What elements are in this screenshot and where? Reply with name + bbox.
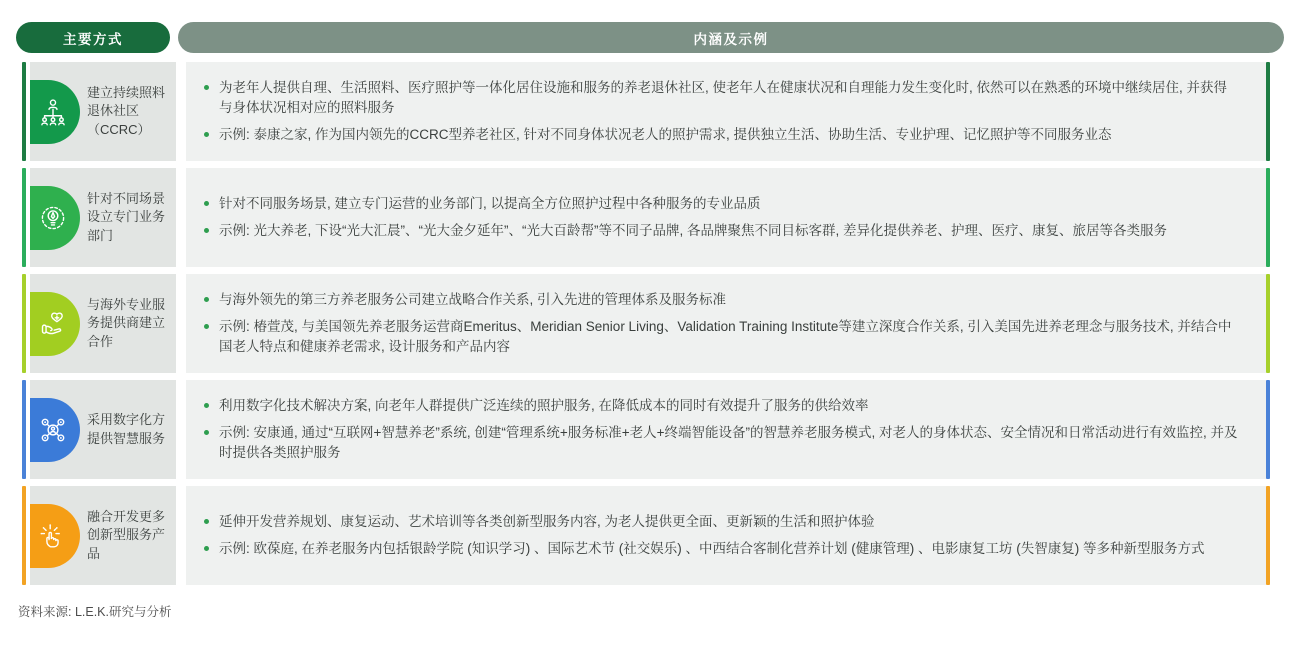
header-detail-pill: 内涵及示例 — [178, 22, 1284, 53]
method-cell: 采用数字化方提供智慧服务 — [30, 380, 176, 479]
table-row: 采用数字化方提供智慧服务 利用数字化技术解决方案, 向老年人群提供广泛连续的照护… — [16, 380, 1270, 479]
innovation-bulb-icon — [38, 203, 68, 233]
org-structure-icon — [38, 97, 68, 127]
bullet-text: 为老年人提供自理、生活照料、医疗照护等一体化居住设施和服务的养老退休社区, 使老… — [219, 78, 1238, 119]
hand-heart-icon — [38, 309, 68, 339]
table-row: 针对不同场景设立专门业务部门 针对不同服务场景, 建立专门运营的业务部门, 以提… — [16, 168, 1270, 267]
row-accent-bar-left — [22, 274, 26, 373]
bullet-text: 示例: 光大养老, 下设“光大汇晨”、“光大金夕延年”、“光大百龄帮”等不同子品… — [219, 221, 1167, 241]
smart-network-icon — [38, 415, 68, 445]
bullet-item: 示例: 安康通, 通过“互联网+智慧养老”系统, 创建“管理系统+服务标准+老人… — [202, 423, 1238, 464]
detail-cell: 为老年人提供自理、生活照料、医疗照护等一体化居住设施和服务的养老退休社区, 使老… — [186, 62, 1266, 161]
row-accent-bar-left — [22, 168, 26, 267]
bullet-item: 针对不同服务场景, 建立专门运营的业务部门, 以提高全方位照护过程中各种服务的专… — [202, 194, 1238, 214]
bullet-text: 示例: 安康通, 通过“互联网+智慧养老”系统, 创建“管理系统+服务标准+老人… — [219, 423, 1238, 464]
method-label: 融合开发更多创新型服务产品 — [87, 508, 165, 563]
detail-cell: 延伸开发营养规划、康复运动、艺术培训等各类创新型服务内容, 为老人提供更全面、更… — [186, 486, 1266, 585]
bullet-text: 利用数字化技术解决方案, 向老年人群提供广泛连续的照护服务, 在降低成本的同时有… — [219, 396, 869, 416]
method-icon-bubble — [30, 292, 80, 356]
table-row: 融合开发更多创新型服务产品 延伸开发营养规划、康复运动、艺术培训等各类创新型服务… — [16, 486, 1270, 585]
bullet-dot — [204, 228, 209, 233]
bullet-dot — [204, 324, 209, 329]
method-cell: 融合开发更多创新型服务产品 — [30, 486, 176, 585]
bullet-text: 延伸开发营养规划、康复运动、艺术培训等各类创新型服务内容, 为老人提供更全面、更… — [219, 512, 875, 532]
header-method-pill: 主要方式 — [16, 22, 170, 53]
row-accent-bar-right — [1266, 168, 1270, 267]
method-label: 采用数字化方提供智慧服务 — [87, 411, 165, 448]
bullet-item: 延伸开发营养规划、康复运动、艺术培训等各类创新型服务内容, 为老人提供更全面、更… — [202, 512, 1238, 532]
row-accent-bar-left — [22, 62, 26, 161]
method-label: 建立持续照料退休社区（CCRC） — [87, 84, 165, 139]
table-row: 建立持续照料退休社区（CCRC） 为老年人提供自理、生活照料、医疗照护等一体化居… — [16, 62, 1270, 161]
method-icon-bubble — [30, 186, 80, 250]
bullet-item: 示例: 欧葆庭, 在养老服务内包括银龄学院 (知识学习) 、国际艺术节 (社交娱… — [202, 539, 1238, 559]
bullet-item: 为老年人提供自理、生活照料、医疗照护等一体化居住设施和服务的养老退休社区, 使老… — [202, 78, 1238, 119]
bullet-text: 示例: 泰康之家, 作为国内领先的CCRC型养老社区, 针对不同身体状况老人的照… — [219, 125, 1112, 145]
bullet-dot — [204, 430, 209, 435]
method-cell: 建立持续照料退休社区（CCRC） — [30, 62, 176, 161]
bullet-text: 针对不同服务场景, 建立专门运营的业务部门, 以提高全方位照护过程中各种服务的专… — [219, 194, 761, 214]
tap-innovation-icon — [38, 521, 68, 551]
bullet-dot — [204, 403, 209, 408]
detail-cell: 与海外领先的第三方养老服务公司建立战略合作关系, 引入先进的管理体系及服务标准 … — [186, 274, 1266, 373]
method-cell: 针对不同场景设立专门业务部门 — [30, 168, 176, 267]
bullet-dot — [204, 201, 209, 206]
bullet-dot — [204, 519, 209, 524]
method-cell: 与海外专业服务提供商建立合作 — [30, 274, 176, 373]
table-row: 与海外专业服务提供商建立合作 与海外领先的第三方养老服务公司建立战略合作关系, … — [16, 274, 1270, 373]
row-accent-bar-left — [22, 380, 26, 479]
table-header: 主要方式 内涵及示例 — [16, 22, 1284, 53]
bullet-text: 示例: 椿萱茂, 与美国领先养老服务运营商Emeritus、Meridian S… — [219, 317, 1238, 358]
rows-container: 建立持续照料退休社区（CCRC） 为老年人提供自理、生活照料、医疗照护等一体化居… — [16, 62, 1270, 585]
method-icon-bubble — [30, 398, 80, 462]
detail-cell: 利用数字化技术解决方案, 向老年人群提供广泛连续的照护服务, 在降低成本的同时有… — [186, 380, 1266, 479]
method-label: 与海外专业服务提供商建立合作 — [87, 296, 165, 351]
bullet-dot — [204, 297, 209, 302]
bullet-item: 利用数字化技术解决方案, 向老年人群提供广泛连续的照护服务, 在降低成本的同时有… — [202, 396, 1238, 416]
source-note: 资料来源: L.E.K.研究与分析 — [18, 602, 1300, 620]
row-accent-bar-right — [1266, 274, 1270, 373]
bullet-text: 与海外领先的第三方养老服务公司建立战略合作关系, 引入先进的管理体系及服务标准 — [219, 290, 726, 310]
row-accent-bar-right — [1266, 486, 1270, 585]
bullet-dot — [204, 546, 209, 551]
bullet-item: 与海外领先的第三方养老服务公司建立战略合作关系, 引入先进的管理体系及服务标准 — [202, 290, 1238, 310]
bullet-text: 示例: 欧葆庭, 在养老服务内包括银龄学院 (知识学习) 、国际艺术节 (社交娱… — [219, 539, 1204, 559]
bullet-dot — [204, 85, 209, 90]
detail-cell: 针对不同服务场景, 建立专门运营的业务部门, 以提高全方位照护过程中各种服务的专… — [186, 168, 1266, 267]
bullet-dot — [204, 132, 209, 137]
method-label: 针对不同场景设立专门业务部门 — [87, 190, 165, 245]
method-icon-bubble — [30, 80, 80, 144]
row-accent-bar-right — [1266, 62, 1270, 161]
method-icon-bubble — [30, 504, 80, 568]
row-accent-bar-left — [22, 486, 26, 585]
row-accent-bar-right — [1266, 380, 1270, 479]
slide-canvas: 主要方式 内涵及示例 建立持续照料退休社区（CCRC） — [0, 0, 1300, 650]
bullet-item: 示例: 泰康之家, 作为国内领先的CCRC型养老社区, 针对不同身体状况老人的照… — [202, 125, 1238, 145]
bullet-item: 示例: 椿萱茂, 与美国领先养老服务运营商Emeritus、Meridian S… — [202, 317, 1238, 358]
bullet-item: 示例: 光大养老, 下设“光大汇晨”、“光大金夕延年”、“光大百龄帮”等不同子品… — [202, 221, 1238, 241]
